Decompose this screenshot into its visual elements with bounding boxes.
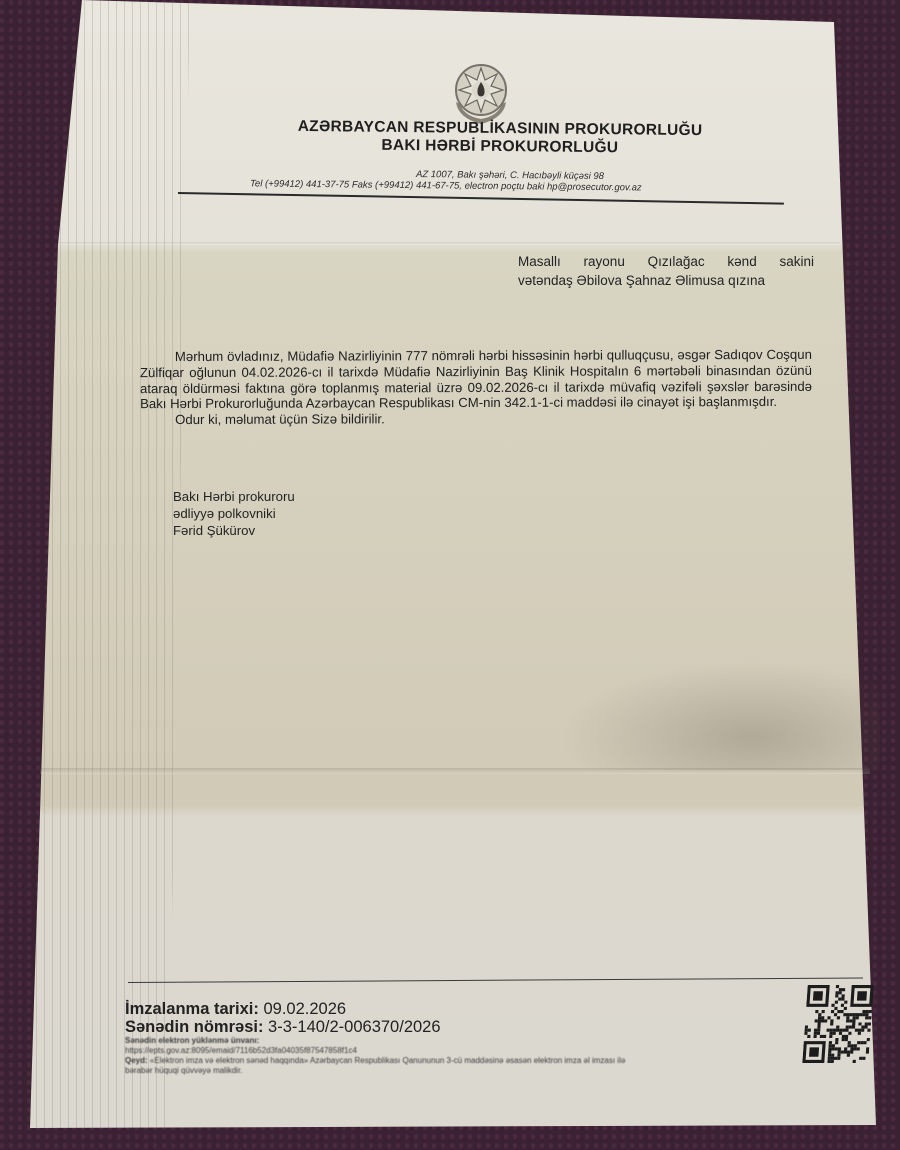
download-url-link[interactable]: https://epts.gov.az:8095/emaid/7116b52d3…	[125, 1046, 805, 1056]
addressee-block: Masallı rayonu Qızılağac kənd sakini vət…	[518, 252, 814, 290]
signer-position: Bakı Hərbi prokuroru	[173, 488, 295, 505]
signature-block: Bakı Hərbi prokuroru ədliyyə polkovniki …	[173, 488, 295, 539]
signer-name: Fərid Şükürov	[173, 522, 295, 539]
footer-info: İmzalanma tarixi: 09.02.2026 Sənədin nöm…	[125, 1000, 805, 1076]
document-number-value: 3-3-140/2-006370/2026	[268, 1018, 440, 1036]
addressee-line-2: vətəndaş Əbilova Şahnaz Əlimusa qızına	[518, 271, 814, 290]
organization-title: AZƏRBAYCAN RESPUBLİKASININ PROKURORLUĞU …	[270, 118, 730, 159]
signing-date-row: İmzalanma tarixi: 09.02.2026	[125, 1000, 805, 1018]
legal-note-label: Qeyd:	[125, 1056, 148, 1065]
addressee-line-1: Masallı rayonu Qızılağac kənd sakini	[518, 252, 814, 271]
signing-date-value: 09.02.2026	[263, 1000, 346, 1018]
document-number-row: Sənədin nömrəsi: 3-3-140/2-006370/2026	[125, 1018, 805, 1036]
body-paragraph-2: Odur ki, məlumat üçün Sizə bildirilir.	[140, 410, 812, 428]
legal-note-line-1: Qeyd: «Elektron imza və elektron sənəd h…	[125, 1056, 805, 1066]
download-url-label: Sənədin elektron yüklənmə ünvanı:	[125, 1036, 805, 1046]
legal-note-line-2: bərabər hüquqi qüvvəyə malikdir.	[125, 1066, 805, 1076]
state-emblem-icon	[446, 58, 516, 128]
letter-body: Mərhum övladınız, Müdafiə Nazirliyinin 7…	[140, 347, 812, 428]
signer-rank: ədliyyə polkovniki	[173, 505, 295, 522]
signing-date-label: İmzalanma tarixi:	[125, 1000, 259, 1018]
qr-code-icon[interactable]	[802, 985, 873, 1063]
document-number-label: Sənədin nömrəsi:	[125, 1018, 263, 1036]
body-paragraph-1: Mərhum övladınız, Müdafiə Nazirliyinin 7…	[140, 347, 812, 413]
